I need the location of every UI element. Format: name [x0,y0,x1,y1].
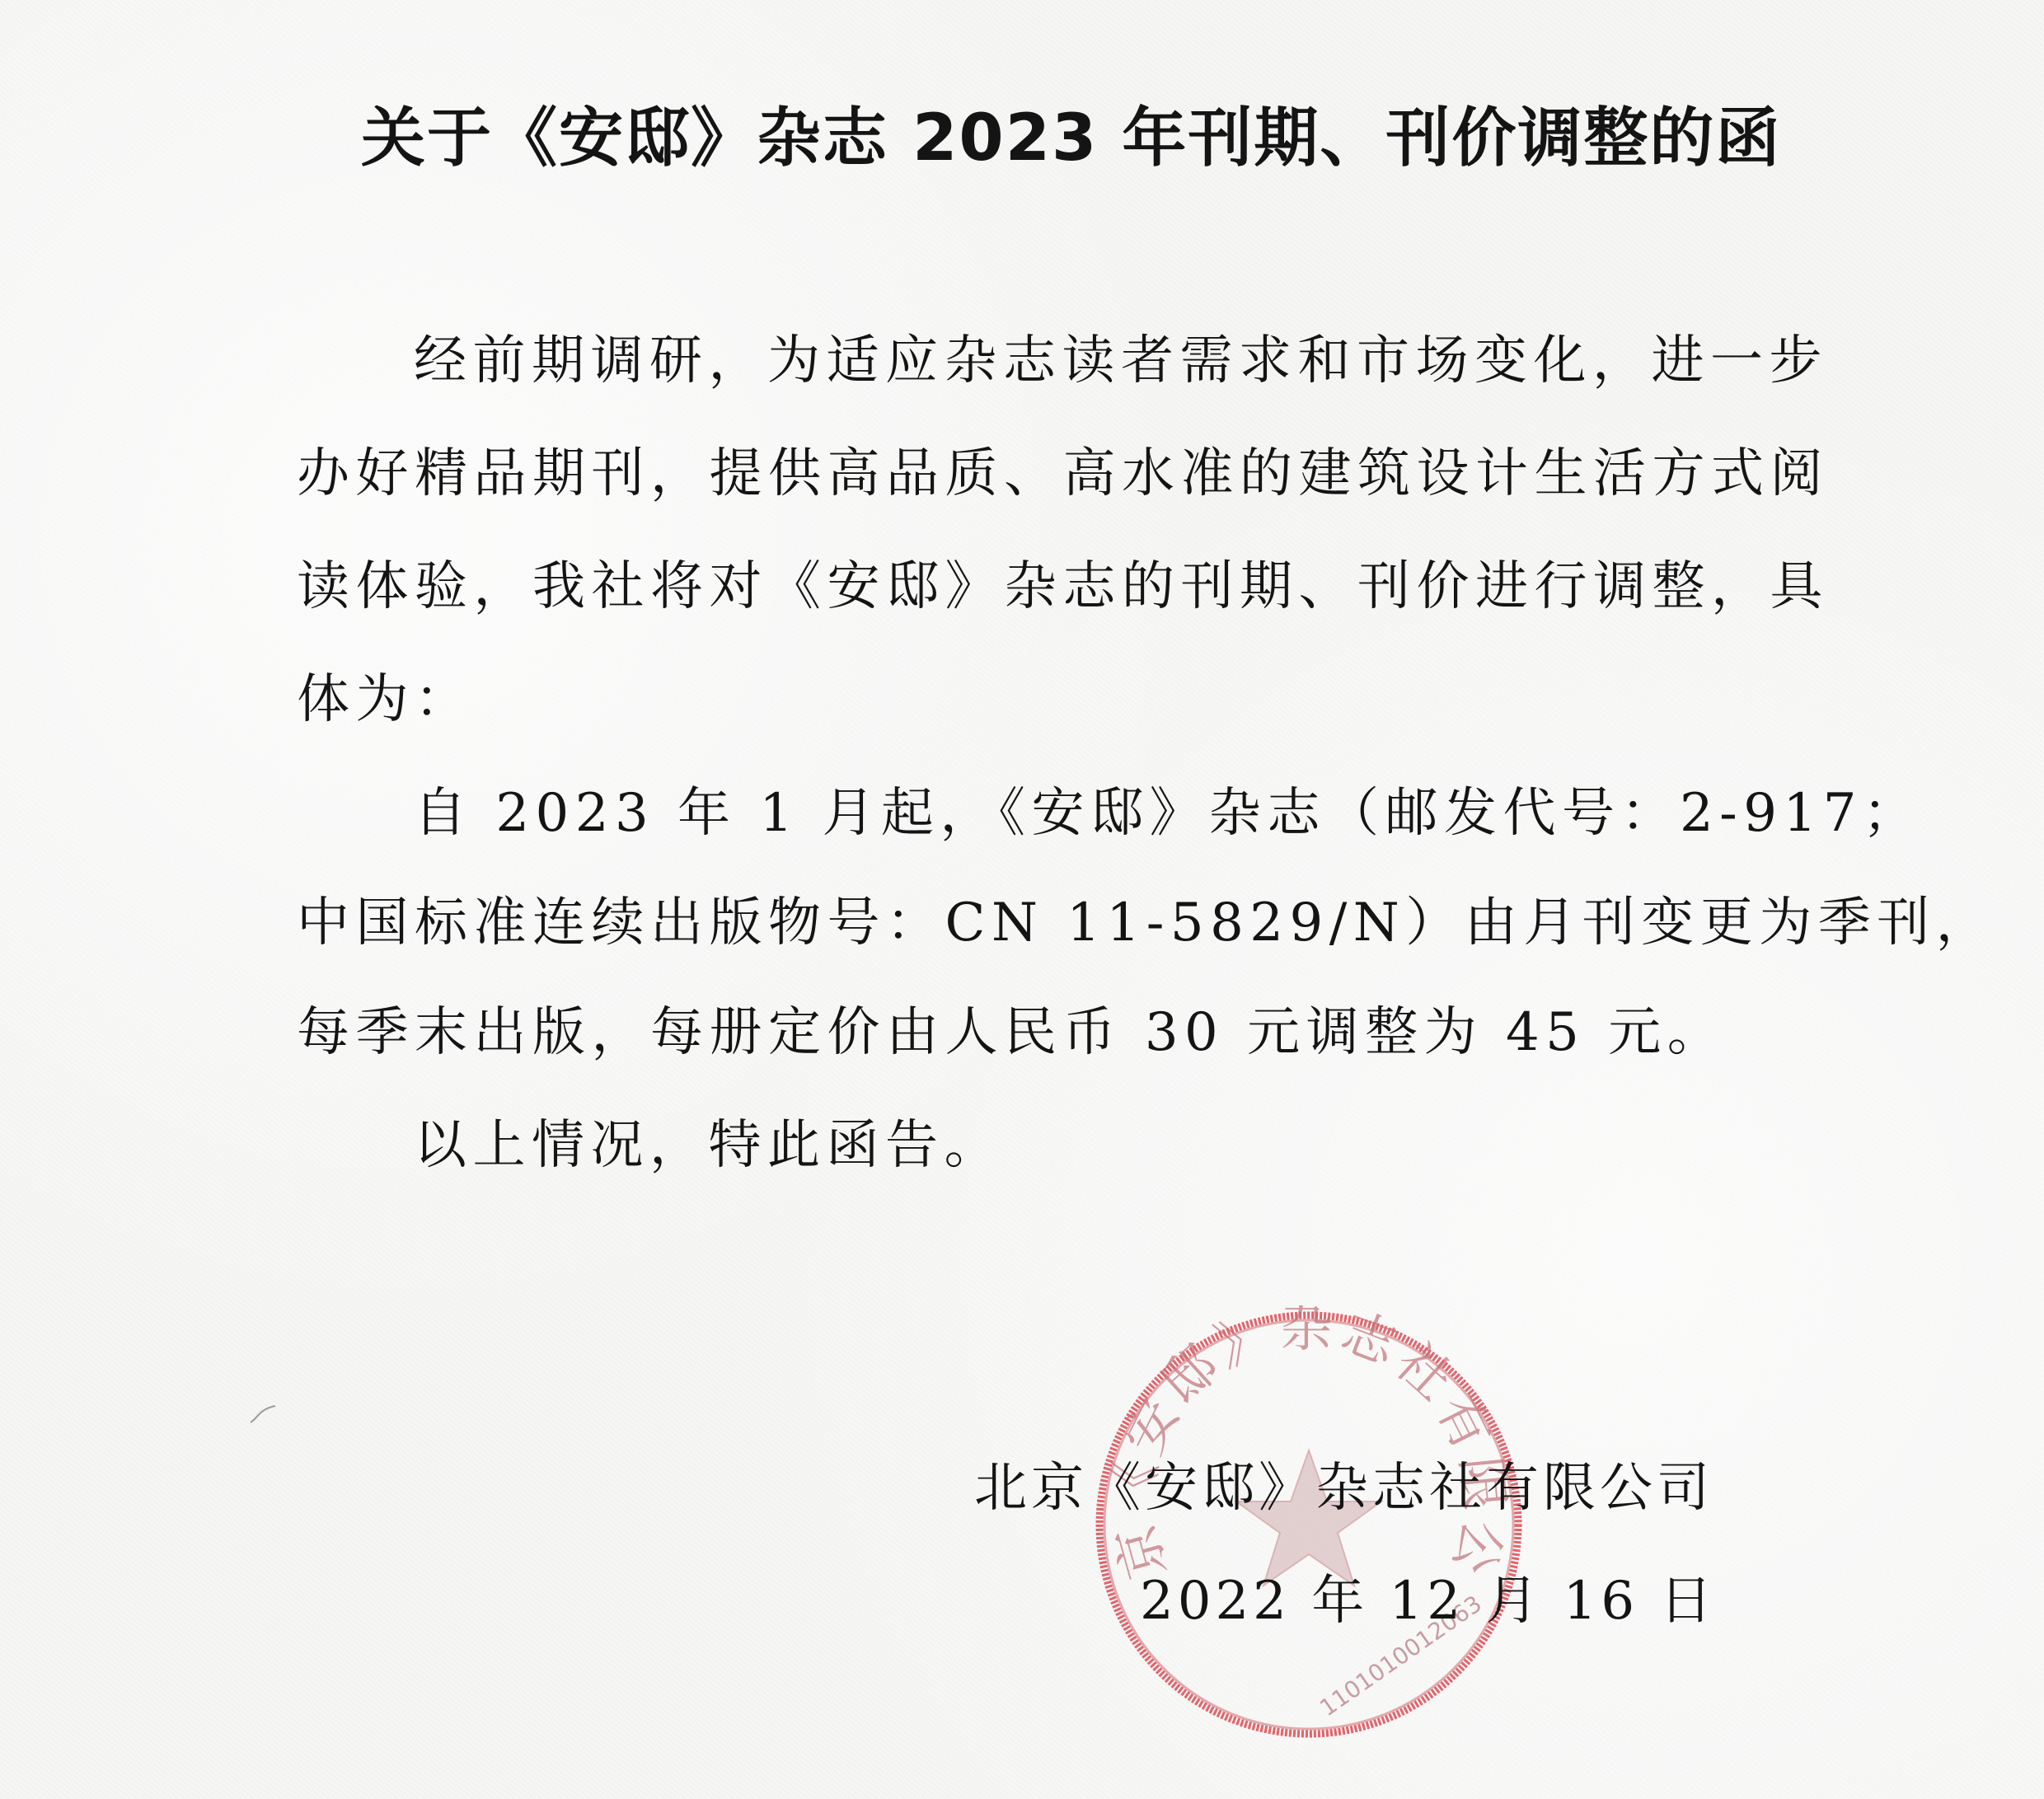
official-seal-icon: 北京《安邸》杂志社有限公司 1101010012063 [1090,1305,1528,1744]
paper-mark-icon [247,1401,280,1426]
paragraph-line: 中国标准连续出版物号：CN 11-5829/N）由月刊变更为季刊， [297,890,1780,956]
paragraph-line: 每季末出版，每册定价由人民币 30 元调整为 45 元。 [297,1000,1780,1066]
closing-line: 以上情况，特此函告。 [414,1113,1897,1178]
signature-date: 2022 年 12 月 16 日 [1140,1568,1716,1634]
letter-title: 关于《安邸》杂志 2023 年刊期、刊价调整的函 [361,97,1713,180]
paragraph-line: 自 2023 年 1 月起，《安邸》杂志（邮发代号：2-917； [414,780,1897,846]
paragraph-line: 体为： [297,667,1780,733]
paragraph-line: 读体验，我社将对《安邸》杂志的刊期、刊价进行调整，具 [297,554,1780,620]
paragraph-line: 办好精品期刊，提供高品质、高水准的建筑设计生活方式阅 [297,441,1780,507]
paragraph-line: 经前期调研，为适应杂志读者需求和市场变化，进一步 [414,328,1897,394]
signature-organization: 北京《安邸》杂志社有限公司 [974,1455,1713,1521]
